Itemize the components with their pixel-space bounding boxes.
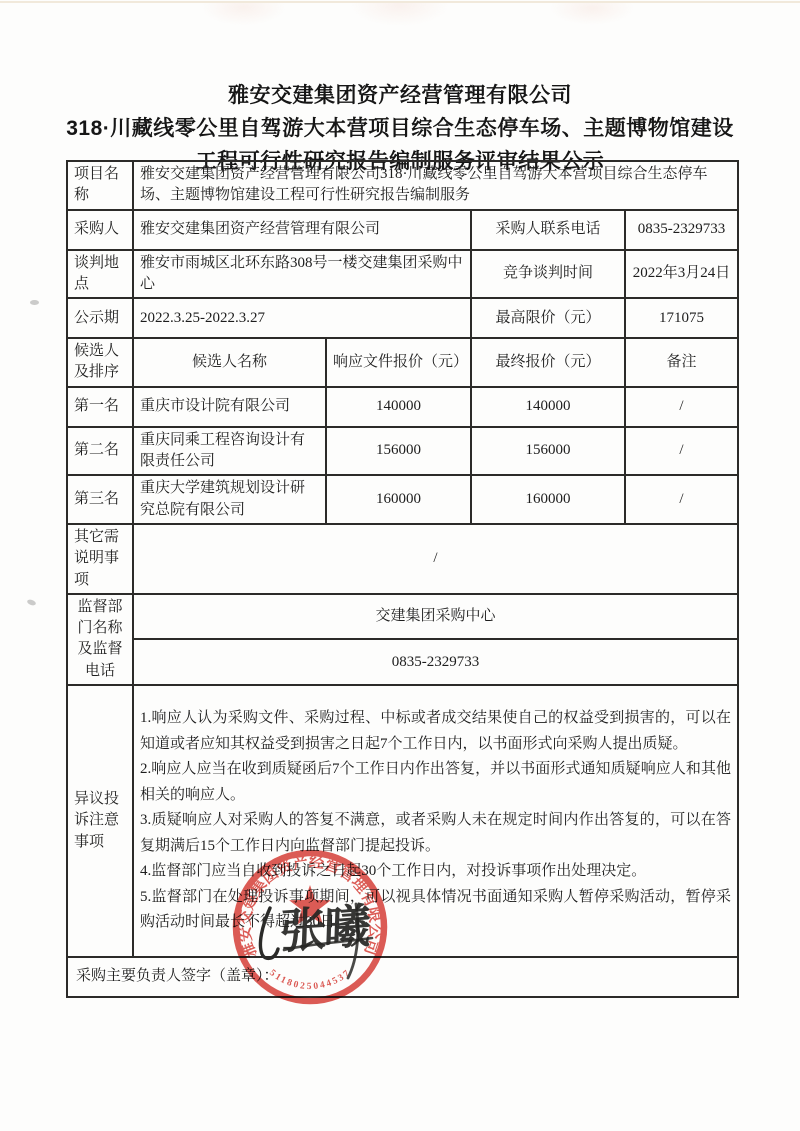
other-notes-label: 其它需说明事项 (67, 524, 133, 594)
negotiation-time-label: 竞争谈判时间 (471, 250, 625, 299)
candidate-rank: 第二名 (67, 427, 133, 476)
objection-item: 2.响应人应当在收到质疑函后7个工作日内作出答复，并以书面形式通知质疑响应人和其… (140, 757, 731, 808)
table-row: 0835-2329733 (67, 639, 738, 685)
scan-speck (30, 300, 39, 305)
negotiation-place-label: 谈判地点 (67, 250, 133, 299)
buyer-value: 雅安交建集团资产经营管理有限公司 (133, 210, 471, 250)
objection-notes-row: 异议投诉注意事项 1.响应人认为采购文件、采购过程、中标或者成交结果使自己的权益… (67, 685, 738, 957)
candidate-name: 重庆同乘工程咨询设计有限责任公司 (133, 427, 326, 476)
scan-artifact-smudge (150, 3, 670, 45)
signature-line-label: 采购主要负责人签字（盖章）： (67, 957, 738, 997)
title-line-project: 318·川藏线零公里自驾游大本营项目综合生态停车场、主题博物馆建设 (0, 112, 800, 145)
candidate-row: 第二名 重庆同乘工程咨询设计有限责任公司 156000 156000 / (67, 427, 738, 476)
doc-price-header: 响应文件报价（元） (326, 338, 471, 387)
table-row: 谈判地点 雅安市雨城区北环东路308号一楼交建集团采购中心 竞争谈判时间 202… (67, 250, 738, 299)
candidate-doc-price: 140000 (326, 387, 471, 427)
remark-header: 备注 (625, 338, 738, 387)
candidate-row: 第一名 重庆市设计院有限公司 140000 140000 / (67, 387, 738, 427)
rank-header: 候选人及排序 (67, 338, 133, 387)
supervision-label: 监督部门名称及监督电话 (67, 594, 133, 685)
objection-item: 1.响应人认为采购文件、采购过程、中标或者成交结果使自己的权益受到损害的，可以在… (140, 706, 731, 757)
table-row: 其它需说明事项 / (67, 524, 738, 594)
handwritten-signature: 张曦 (248, 886, 398, 991)
candidate-rank: 第一名 (67, 387, 133, 427)
signature-row: 采购主要负责人签字（盖章）： (67, 957, 738, 997)
announcement-table: 项目名称 雅安交建集团资产经营管理有限公司318·川藏线零公里自驾游大本营项目综… (66, 160, 739, 998)
candidate-name: 重庆大学建筑规划设计研究总院有限公司 (133, 475, 326, 524)
scan-speck (26, 599, 36, 607)
buyer-phone-label: 采购人联系电话 (471, 210, 625, 250)
table-row: 采购人 雅安交建集团资产经营管理有限公司 采购人联系电话 0835-232973… (67, 210, 738, 250)
publicity-period-label: 公示期 (67, 298, 133, 338)
candidate-final-price: 140000 (471, 387, 625, 427)
candidate-rank: 第三名 (67, 475, 133, 524)
candidate-name-header: 候选人名称 (133, 338, 326, 387)
negotiation-time-value: 2022年3月24日 (625, 250, 738, 299)
max-price-label: 最高限价（元） (471, 298, 625, 338)
buyer-label: 采购人 (67, 210, 133, 250)
supervision-phone-value: 0835-2329733 (133, 639, 738, 685)
candidates-header-row: 候选人及排序 候选人名称 响应文件报价（元） 最终报价（元） 备注 (67, 338, 738, 387)
candidate-remark: / (625, 475, 738, 524)
candidate-remark: / (625, 387, 738, 427)
objection-notes-content: 1.响应人认为采购文件、采购过程、中标或者成交结果使自己的权益受到损害的，可以在… (133, 685, 738, 957)
other-notes-value: / (133, 524, 738, 594)
final-price-header: 最终报价（元） (471, 338, 625, 387)
publicity-period-value: 2022.3.25-2022.3.27 (133, 298, 471, 338)
title-line-company: 雅安交建集团资产经营管理有限公司 (0, 79, 800, 112)
candidate-doc-price: 156000 (326, 427, 471, 476)
candidate-row: 第三名 重庆大学建筑规划设计研究总院有限公司 160000 160000 / (67, 475, 738, 524)
candidate-remark: / (625, 427, 738, 476)
objection-notes-label: 异议投诉注意事项 (67, 685, 133, 957)
negotiation-place-value: 雅安市雨城区北环东路308号一楼交建集团采购中心 (133, 250, 471, 299)
supervision-dept-value: 交建集团采购中心 (133, 594, 738, 640)
candidate-name: 重庆市设计院有限公司 (133, 387, 326, 427)
project-name-label: 项目名称 (67, 161, 133, 210)
project-name-value: 雅安交建集团资产经营管理有限公司318·川藏线零公里自驾游大本营项目综合生态停车… (133, 161, 738, 210)
candidate-doc-price: 160000 (326, 475, 471, 524)
scanned-document-page: 雅安交建集团资产经营管理有限公司 318·川藏线零公里自驾游大本营项目综合生态停… (0, 0, 800, 1131)
max-price-value: 171075 (625, 298, 738, 338)
table-row: 公示期 2022.3.25-2022.3.27 最高限价（元） 171075 (67, 298, 738, 338)
table-row: 监督部门名称及监督电话 交建集团采购中心 (67, 594, 738, 640)
table-row: 项目名称 雅安交建集团资产经营管理有限公司318·川藏线零公里自驾游大本营项目综… (67, 161, 738, 210)
candidate-final-price: 160000 (471, 475, 625, 524)
buyer-phone-value: 0835-2329733 (625, 210, 738, 250)
candidate-final-price: 156000 (471, 427, 625, 476)
signature-name: 张曦 (279, 889, 369, 962)
